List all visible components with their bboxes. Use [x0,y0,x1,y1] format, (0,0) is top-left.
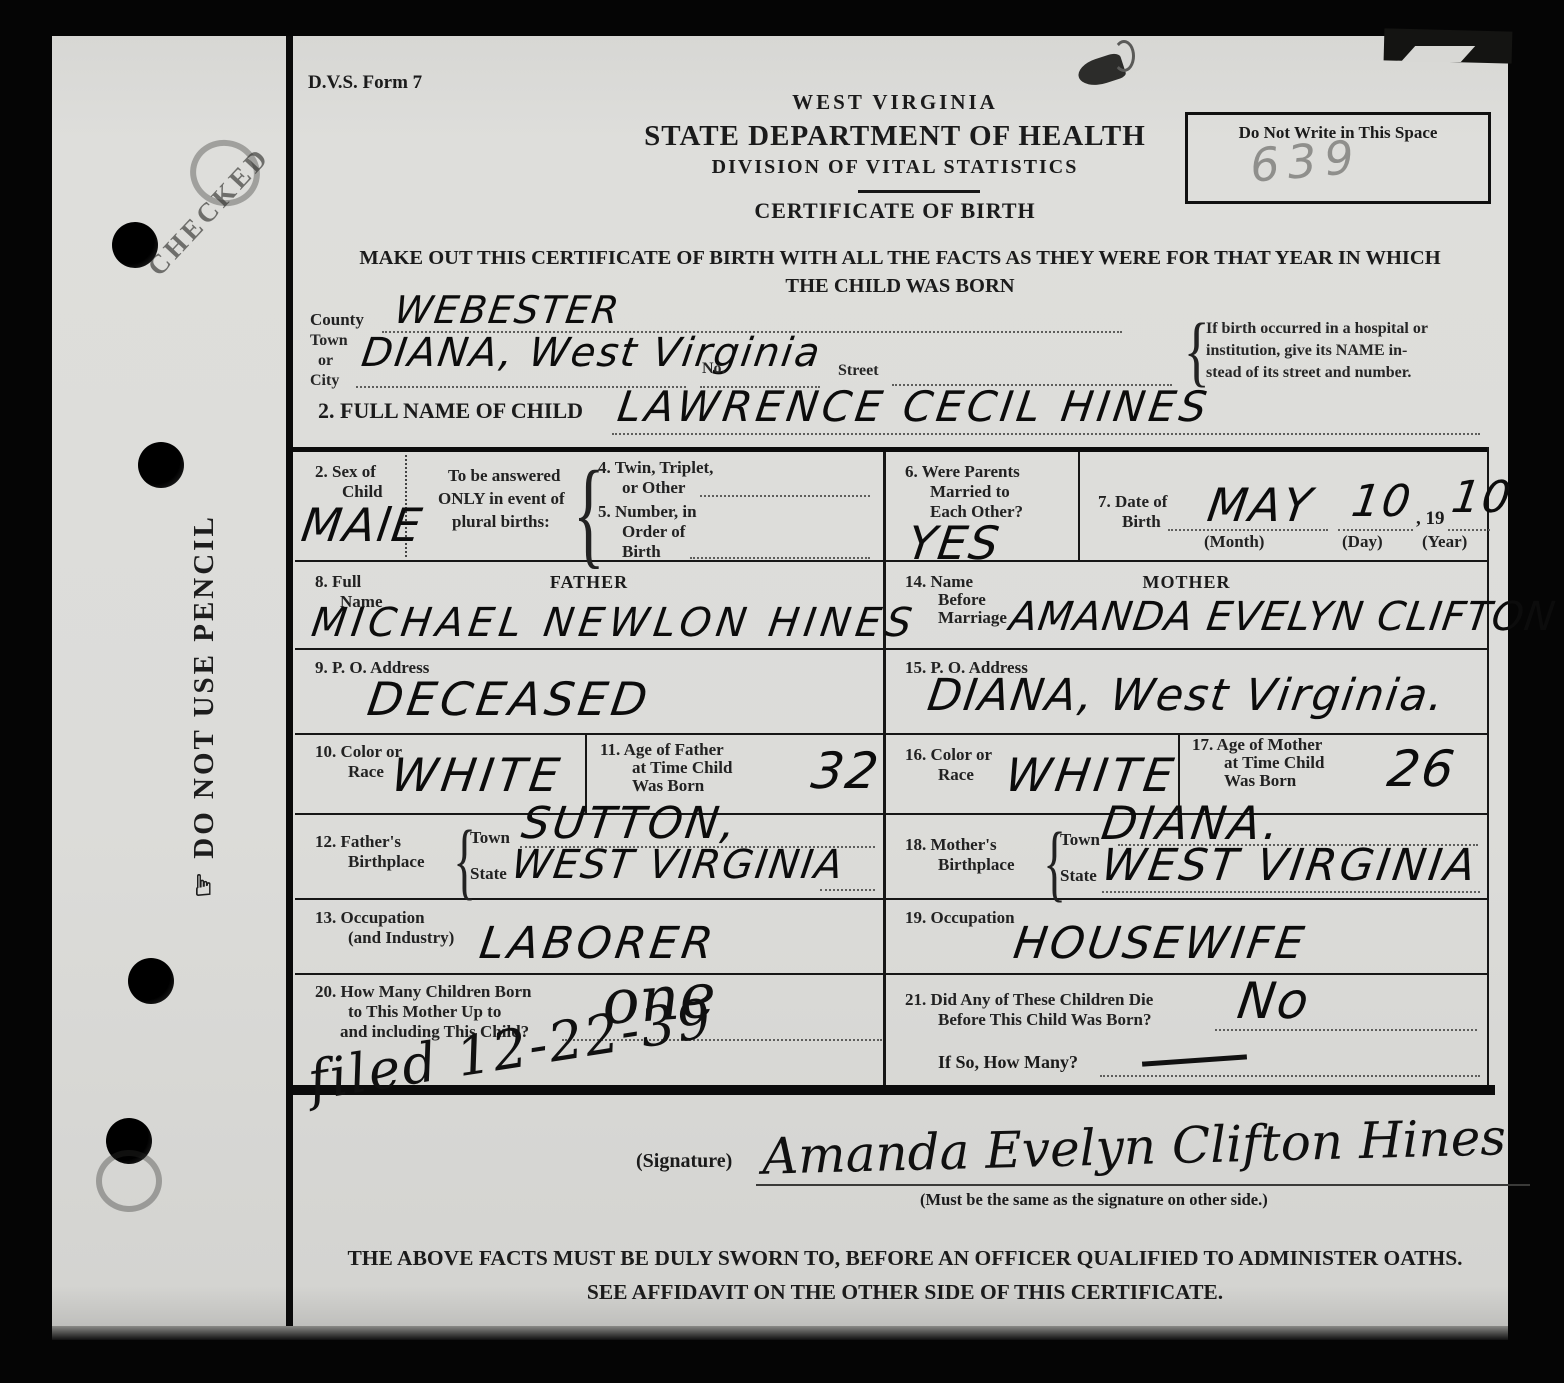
dob-year-line [1448,528,1490,531]
plural-note-3: plural births: [452,512,550,532]
town-label-2: or [318,352,333,370]
mother-state-line [1102,890,1480,893]
item21-line [1215,1028,1477,1031]
item7-label-2: Birth [1122,512,1161,532]
father-town-label: Town [470,828,510,848]
father-section-header: FATHER [295,572,883,593]
plural-note-2: ONLY in event of [438,489,565,509]
item17-label-1: 17. Age of Mother [1192,735,1322,755]
mother-occupation-value: HOUSEWIFE [1010,918,1309,969]
hole-punch-4-ring [96,1150,162,1212]
item5-label-1: 5. Number, in [598,502,697,522]
item10-label-2: Race [348,762,384,782]
month-caption: (Month) [1204,532,1264,552]
item12-label-1: 12. Father's [315,832,401,852]
item11-label-3: Was Born [632,776,704,796]
child-name-label: 2. FULL NAME OF CHILD [318,398,583,424]
mother-section-header: MOTHER [886,572,1487,593]
hospital-note-1: If birth occurred in a hospital or [1206,320,1428,338]
father-birthplace-brace: { [453,810,476,910]
scan-shadow-bottom [52,1326,1508,1340]
street-number-label: No. [702,360,726,378]
item16-label-1: 16. Color or [905,745,992,765]
if-so-line [1100,1074,1480,1077]
certificate-title: CERTIFICATE OF BIRTH [595,198,1195,224]
item13-label-2: (and Industry) [348,928,454,948]
hole-punch-1 [112,222,158,268]
item11-label-2: at Time Child [632,758,732,778]
scanned-birth-certificate: CHECKED ☞ DO NOT USE PENCIL D.V.S. Form … [0,0,1564,1383]
item16-label-2: Race [938,765,974,785]
notice-line-1: MAKE OUT THIS CERTIFICATE OF BIRTH WITH … [300,247,1500,270]
hole-punch-2 [138,442,184,488]
dob-day-line [1338,528,1413,531]
town-label-3: City [310,372,339,390]
father-state-label: State [470,864,507,884]
item14-label-2: Before [938,590,986,610]
town-label-1: Town [310,332,348,350]
town-value: DIANA, West Virginia [359,330,825,376]
binding-edge-line [286,36,293,1338]
pencil-warning-text: DO NOT USE PENCIL [188,514,220,859]
item18-label-2: Birthplace [938,855,1015,875]
dob-month-value: MAY [1204,478,1317,532]
mother-race-value: WHITE [1002,748,1180,802]
father-state-line [820,888,875,891]
married-value: YES [904,516,1004,570]
table-right-border [1487,447,1489,1090]
signature-label: (Signature) [636,1150,732,1173]
if-so-how-many-label: If So, How Many? [938,1052,1078,1073]
dob-year-value: 10 [1448,472,1515,523]
child-name-line [612,432,1480,435]
mother-state-value: WEST VIRGINIA [1098,840,1481,891]
row-line-1 [295,560,1487,562]
year-caption: (Year) [1422,532,1467,552]
item4-line [700,494,870,497]
item5-label-2: Order of [622,522,685,542]
father-address-value: DECEASED [364,672,654,726]
item18-label-1: 18. Mother's [905,835,997,855]
child-name-value: LAWRENCE CECIL HINES [615,382,1214,431]
sworn-statement-line-2: SEE AFFIDAVIT ON THE OTHER SIDE OF THIS … [300,1280,1510,1305]
state-title: WEST VIRGINIA [595,90,1195,115]
mother-town-label: Town [1060,830,1100,850]
item21-label-2: Before This Child Was Born? [938,1010,1152,1030]
mother-address-value: DIANA, West Virginia. [924,670,1448,721]
father-age-value: 32 [808,742,884,800]
division-title: DIVISION OF VITAL STATISTICS [595,156,1195,179]
item6-label-2: Married to [930,482,1010,502]
item21-label-1: 21. Did Any of These Children Die [905,990,1153,1010]
street-label: Street [838,362,879,380]
mother-state-label: State [1060,866,1097,886]
mother-age-value: 26 [1384,740,1460,798]
table-top-border [293,447,1489,452]
item11-label-1: 11. Age of Father [600,740,724,760]
father-state-value: WEST VIRGINIA [509,842,848,888]
children-died-value: No [1234,972,1314,1030]
hospital-note-3: stead of its street and number. [1206,364,1411,382]
sworn-statement-line-1: THE ABOVE FACTS MUST BE DULY SWORN TO, B… [300,1246,1510,1271]
ink-blot-loop [1113,40,1135,72]
father-race-value: WHITE [388,748,566,802]
item7-label-1: 7. Date of [1098,492,1167,512]
hole-punch-3 [128,958,174,1004]
signature-caption: (Must be the same as the signature on ot… [920,1190,1268,1210]
signature-line [756,1184,1530,1186]
county-label: County [310,310,364,330]
item17-label-2: at Time Child [1224,753,1324,773]
item6-label-1: 6. Were Parents [905,462,1020,482]
item13-label-1: 13. Occupation [315,908,425,928]
item4-label-2: or Other [622,478,685,498]
item12-label-2: Birthplace [348,852,425,872]
sex-label-1: 2. Sex of [315,462,376,482]
header-rule [858,190,980,193]
day-caption: (Day) [1342,532,1383,552]
department-title: STATE DEPARTMENT OF HEALTH [495,120,1295,153]
plural-note-1: To be answered [448,466,560,486]
county-value: WEBESTER [392,288,624,332]
dob-day-value: 10 [1348,476,1415,527]
item4-label-1: 4. Twin, Triplet, [598,458,713,478]
item17-label-3: Was Born [1224,771,1296,791]
do-not-use-pencil-warning: ☞ DO NOT USE PENCIL [186,478,221,898]
mother-name-value: AMANDA EVELYN CLIFTON [1007,594,1559,640]
item20-label-2: to This Mother Up to [348,1002,501,1022]
dob-month-line [1168,528,1328,531]
form-number: D.V.S. Form 7 [308,72,422,94]
father-name-value: MICHAEL NEWLON HINES [309,600,920,646]
penciled-certificate-number: 639 [1248,129,1364,193]
item20-label-1: 20. How Many Children Born [315,982,531,1002]
hospital-note-2: institution, give its NAME in- [1206,342,1407,360]
table-center-divider [883,452,886,1090]
item19-label: 19. Occupation [905,908,1015,928]
item5-line [690,556,870,559]
sex-value: MAlE [298,498,427,552]
dob-year-prefix: , 19 [1416,508,1445,530]
row-line-2 [295,648,1487,650]
item5-label-3: Birth [622,542,661,562]
item14-label-3: Marriage [938,608,1007,628]
pointing-hand-icon: ☞ [188,869,220,898]
item10-label-1: 10. Color or [315,742,402,762]
married-date-divider [1078,452,1080,560]
mother-birthplace-brace: { [1043,812,1066,912]
